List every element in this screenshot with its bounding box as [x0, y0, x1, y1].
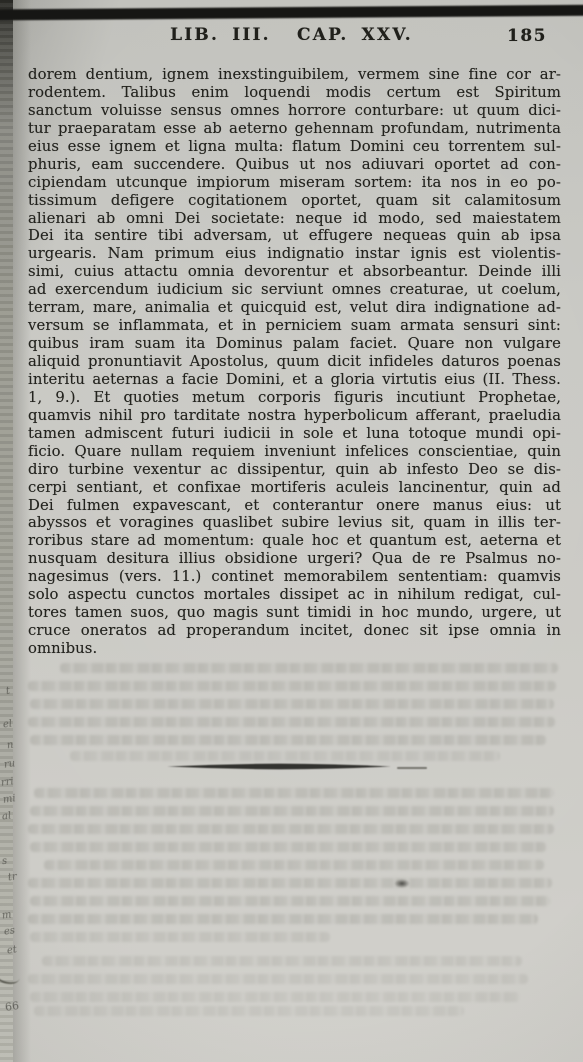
text-line: diro turbine vexentur ac dissipentur, qu… — [28, 461, 561, 479]
gutter-fragment: m — [1, 909, 12, 921]
bleedthrough-line — [34, 788, 554, 798]
text-line: terram, mare, animalia et quicquid est, … — [28, 299, 561, 317]
bleedthrough-line — [42, 956, 522, 966]
text-line: abyssos et voragines quaslibet subire le… — [28, 514, 561, 532]
bleedthrough-line — [30, 806, 554, 816]
text-line: cruce oneratos ad properandum incitet, d… — [28, 622, 561, 640]
text-line: urgearis. Nam primum eius indignatio ins… — [28, 245, 561, 263]
text-line: nagesimus (vers. 11.) continet memorabil… — [28, 568, 561, 586]
book-page: LIB. III. CAP. XXV. 185 dorem dentium, i… — [0, 0, 583, 1062]
text-line: ficio. Quare nullam requiem inveniunt in… — [28, 443, 561, 461]
text-line: Dei fulmen expavescant, et conterantur o… — [28, 497, 561, 515]
text-line: eius esse ignem et ligna multa: flatum D… — [28, 138, 561, 156]
section-divider-rule — [167, 763, 391, 770]
text-line: quamvis nihil pro tarditate nostra hyper… — [28, 407, 561, 425]
bleedthrough-line — [30, 699, 554, 709]
body-text-block: dorem dentium, ignem inexstinguibilem, v… — [28, 66, 561, 658]
text-line: cipiendam utcunque impiorum miseram sort… — [28, 174, 561, 192]
gutter-fragments: telnrurrimialstrmeset66 — [0, 0, 30, 1062]
text-line: sanctum voluisse sensus omnes horrore co… — [28, 102, 561, 120]
divider-dash — [397, 767, 427, 769]
bleedthrough-line — [28, 914, 538, 924]
bleedthrough-line — [70, 751, 500, 761]
gutter-fragment: tr — [7, 871, 17, 883]
bleedthrough-line — [30, 896, 550, 906]
text-line: roribus stare ad momentum: quale hoc et … — [28, 532, 561, 550]
text-line: phuris, eam succendere. Quibus ut nos ad… — [28, 156, 561, 174]
gutter-fragment: mi — [2, 793, 16, 806]
text-line: solo aspectu cunctos mortales dissipet a… — [28, 586, 561, 604]
text-line: simi, cuius attactu omnia devorentur et … — [28, 263, 561, 281]
gutter-fragment: t — [5, 686, 11, 697]
text-line: quibus iram suam ita Dominus palam facie… — [28, 335, 561, 353]
bleedthrough-line — [28, 824, 554, 834]
gutter-fragment: es — [3, 925, 15, 937]
bleedthrough-line — [30, 735, 546, 745]
page-number: 185 — [507, 26, 547, 46]
bleedthrough-line — [34, 1006, 464, 1016]
bleedthrough-line — [28, 717, 555, 727]
text-line: nusquam desitura illius obsidione urgeri… — [28, 550, 561, 568]
gutter-fragment: n — [6, 740, 14, 752]
gutter-fragment: el — [2, 718, 13, 730]
gutter-fragment: ru — [3, 758, 16, 770]
text-line: versum se inflammata, et in perniciem su… — [28, 317, 561, 335]
text-line: dorem dentium, ignem inexstinguibilem, v… — [28, 66, 561, 84]
scan-top-edge-shadow — [0, 5, 583, 21]
bleedthrough-line — [28, 681, 556, 691]
text-line: tur praeparatam esse ab aeterno gehennam… — [28, 120, 561, 138]
text-line: ad exercendum iudicium sic serviunt omne… — [28, 281, 561, 299]
text-line: 1, 9.). Et quoties metum corporis figuri… — [28, 389, 561, 407]
gutter-fragment: et — [6, 944, 17, 956]
bleedthrough-line — [30, 842, 546, 852]
bleedthrough-line — [28, 974, 528, 984]
text-line: cerpi sentiant, et confixae mortiferis a… — [28, 479, 561, 497]
running-header-title: LIB. III. CAP. XXV. — [0, 25, 583, 45]
gutter-fragment: al — [1, 810, 12, 822]
text-line: alienari ab omni Dei societate: neque id… — [28, 210, 561, 228]
text-line: omnibus. — [28, 640, 561, 658]
text-line: rodentem. Talibus enim loquendi modis ce… — [28, 84, 561, 102]
text-line: interitu aeternas a facie Domini, et a g… — [28, 371, 561, 389]
bleedthrough-line — [30, 992, 520, 1002]
gutter-fragment: s — [1, 856, 8, 868]
text-line: tamen admiscent futuri iudicii in sole e… — [28, 425, 561, 443]
bleedthrough-line — [44, 860, 544, 870]
ink-smudge — [394, 879, 410, 888]
text-line: Dei ita sentire tibi adversam, ut effuge… — [28, 227, 561, 245]
gutter-fragment: 66 — [4, 999, 20, 1014]
text-line: tissimum defigere cogitationem oportet, … — [28, 192, 561, 210]
text-line: tores tamen suos, quo magis sunt timidi … — [28, 604, 561, 622]
gutter-fragment: rri — [0, 776, 14, 789]
text-line: aliquid pronuntiavit Apostolus, quum dic… — [28, 353, 561, 371]
bleedthrough-line — [28, 878, 552, 888]
bleedthrough-line — [30, 932, 330, 942]
bleedthrough-line — [60, 663, 558, 673]
